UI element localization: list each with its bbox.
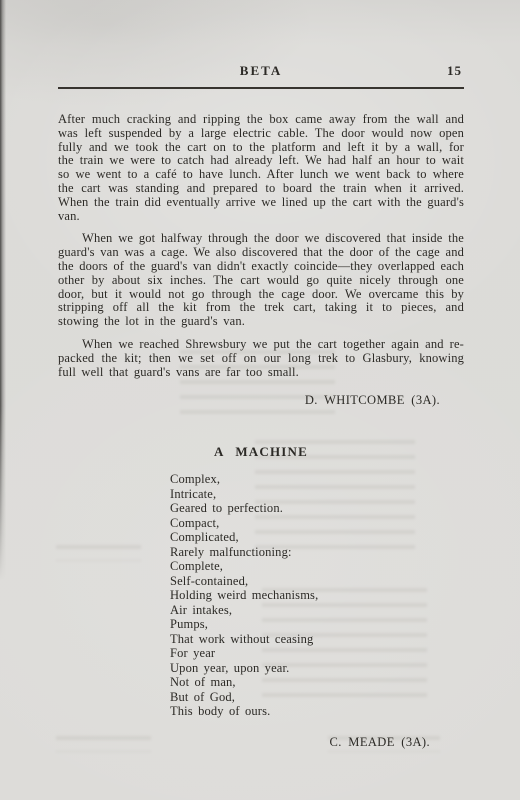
story-paragraphs: After much cracking and ripping the box … xyxy=(58,113,464,379)
poem-title: A MACHINE xyxy=(58,444,464,460)
poem-line: But of God, xyxy=(170,690,464,705)
poem-line: Pumps, xyxy=(170,617,464,632)
poem-byline: C. MEADE (3A). xyxy=(58,735,464,750)
story-paragraph: When we got halfway through the door we … xyxy=(58,232,464,329)
page-content: BETA 15 After much cracking and ripping … xyxy=(58,0,464,750)
poem-line: This body of ours. xyxy=(170,704,464,719)
page-header: BETA 15 xyxy=(58,62,464,89)
poem-line: For year xyxy=(170,646,464,661)
story-paragraph: After much cracking and ripping the box … xyxy=(58,113,464,223)
poem-line: Air intakes, xyxy=(170,603,464,618)
poem-section: A MACHINE Complex,Intricate,Geared to pe… xyxy=(58,444,464,750)
page-number: 15 xyxy=(447,63,462,79)
poem-line: Complex, xyxy=(170,472,464,487)
page-title: BETA xyxy=(240,63,282,78)
story-paragraph: When we reached Shrewsbury we put the ca… xyxy=(58,338,464,379)
story-byline: D. WHITCOMBE (3A). xyxy=(58,393,464,408)
story-section: After much cracking and ripping the box … xyxy=(58,113,464,408)
poem-line: Complete, xyxy=(170,559,464,574)
poem-line: Self-contained, xyxy=(170,574,464,589)
poem-line: Complicated, xyxy=(170,530,464,545)
poem-line: Upon year, upon year. xyxy=(170,661,464,676)
poem-line: Intricate, xyxy=(170,487,464,502)
poem-lines: Complex,Intricate,Geared to perfection.C… xyxy=(58,472,464,719)
poem-line: Not of man, xyxy=(170,675,464,690)
poem-line: That work without ceasing xyxy=(170,632,464,647)
poem-line: Geared to perfection. xyxy=(170,501,464,516)
scan-edge-shadow xyxy=(0,0,6,580)
poem-line: Rarely malfunctioning: xyxy=(170,545,464,560)
poem-line: Compact, xyxy=(170,516,464,531)
poem-line: Holding weird mechanisms, xyxy=(170,588,464,603)
scanned-page: BETA 15 After much cracking and ripping … xyxy=(0,0,520,800)
